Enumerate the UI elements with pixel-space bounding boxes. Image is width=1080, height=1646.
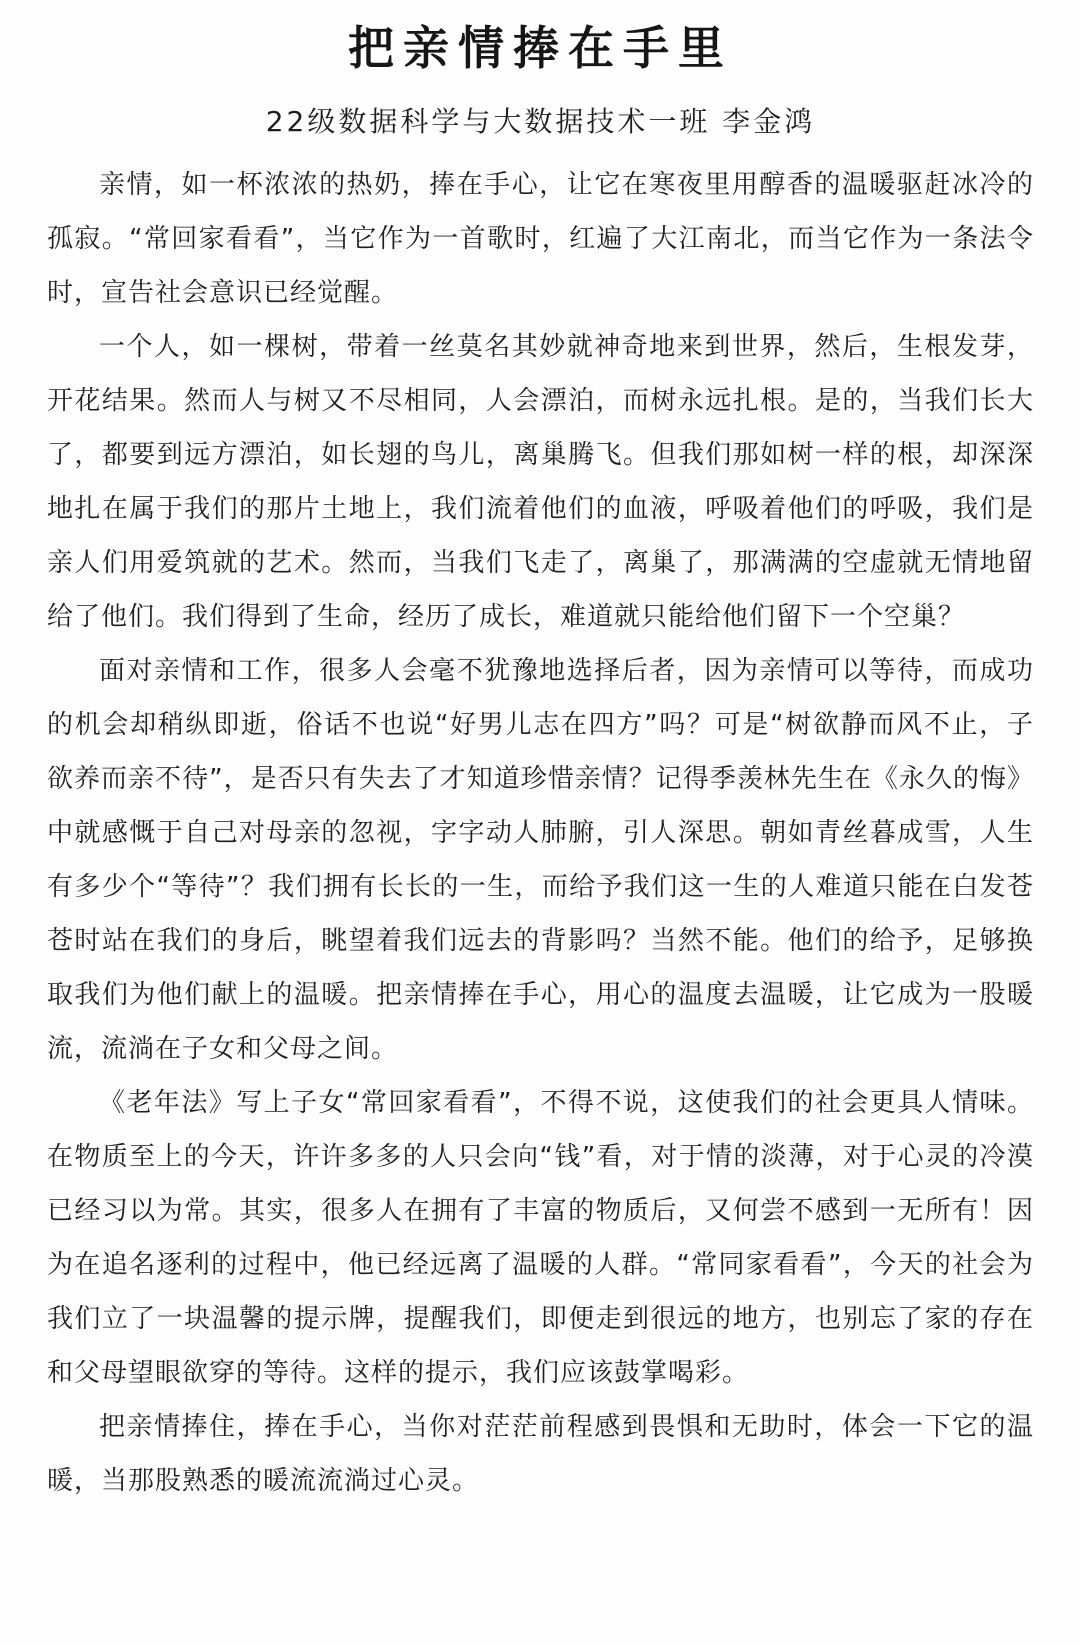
paragraph-3: 面对亲情和工作，很多人会毫不犹豫地选择后者，因为亲情可以等待，而成功的机会却稍纵… [47, 644, 1034, 1076]
paragraph-2: 一个人，如一棵树，带着一丝莫名其妙就神奇地来到世界，然后，生根发芽，开花结果。然… [47, 320, 1034, 644]
document-title: 把亲情捧在手里 [47, 16, 1034, 80]
document-byline: 22级数据科学与大数据技术一班 李金鸿 [47, 102, 1034, 142]
document-body: 亲情，如一杯浓浓的热奶，捧在手心，让它在寒夜里用醇香的温暖驱赶冰冷的孤寂。“常回… [47, 158, 1034, 1508]
paragraph-5: 把亲情捧住，捧在手心，当你对茫茫前程感到畏惧和无助时，体会一下它的温暖，当那股熟… [47, 1400, 1034, 1508]
document-page: 把亲情捧在手里 22级数据科学与大数据技术一班 李金鸿 亲情，如一杯浓浓的热奶，… [0, 0, 1080, 1646]
paragraph-1: 亲情，如一杯浓浓的热奶，捧在手心，让它在寒夜里用醇香的温暖驱赶冰冷的孤寂。“常回… [47, 158, 1034, 320]
paragraph-4: 《老年法》写上子女“常回家看看”，不得不说，这使我们的社会更具人情味。在物质至上… [47, 1076, 1034, 1400]
